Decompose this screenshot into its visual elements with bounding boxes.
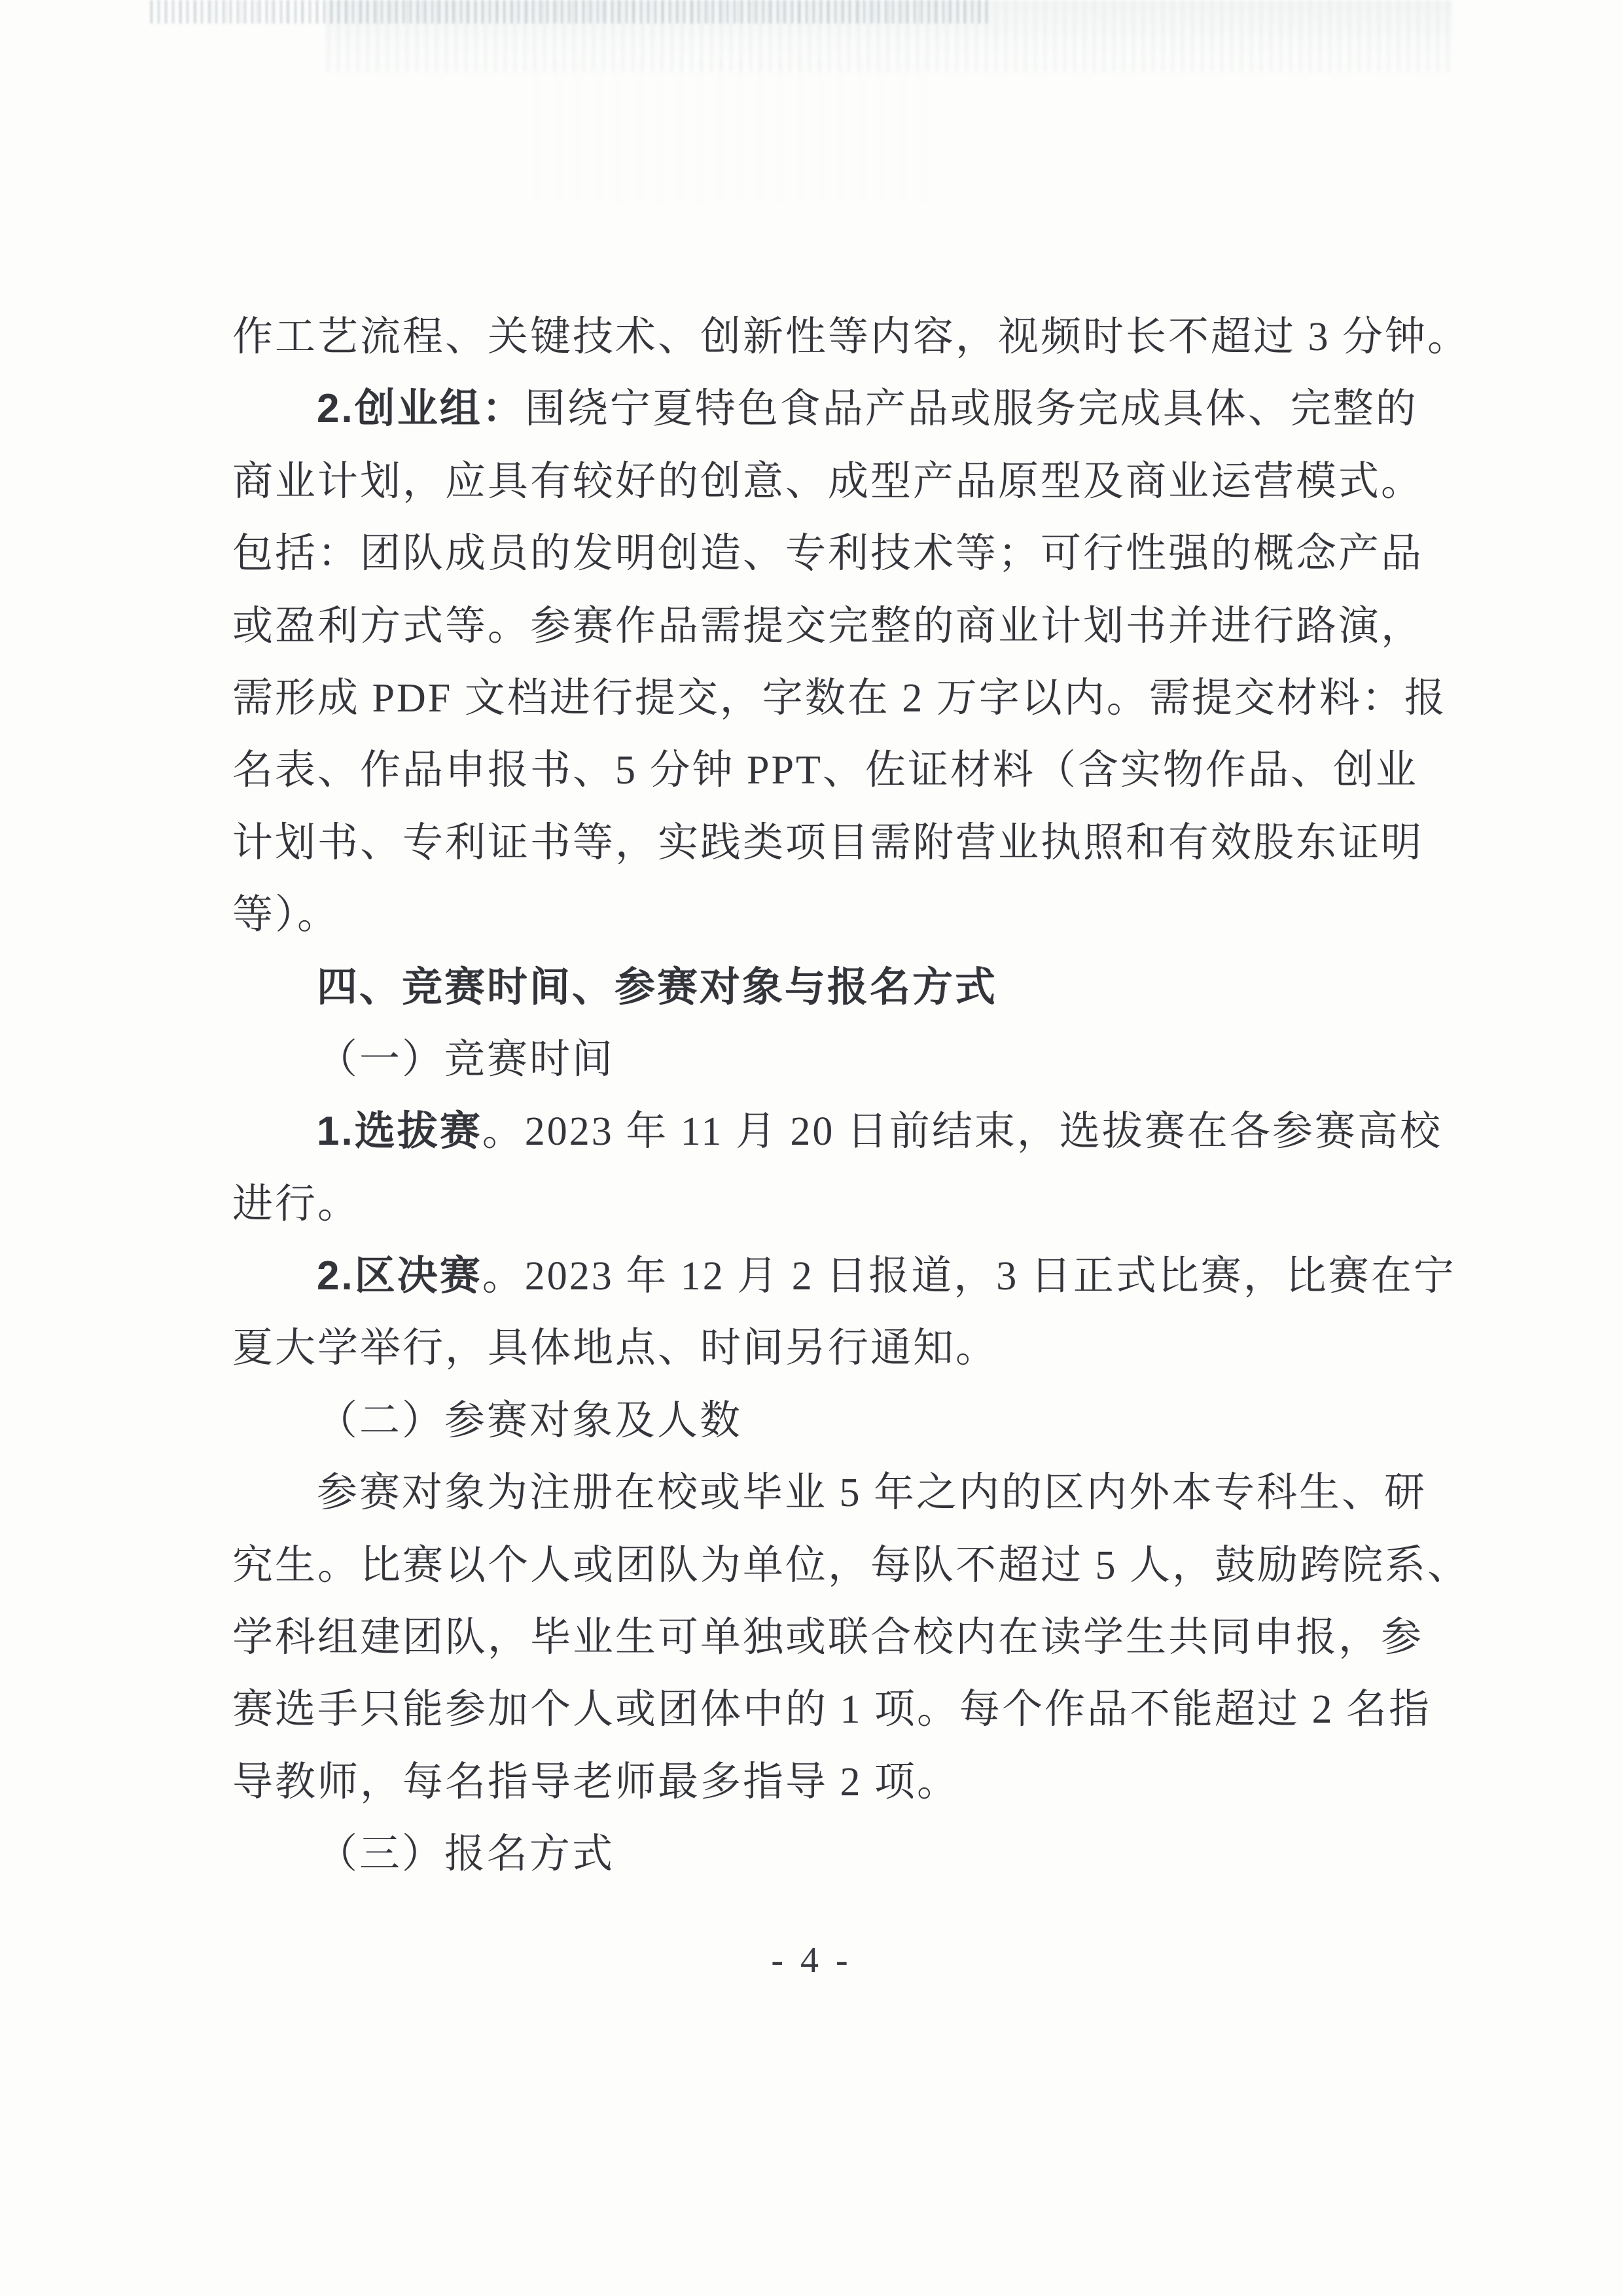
text-line: 商业计划，应具有较好的创意、成型产品原型及商业运营模式。 [232,446,1410,518]
text-run: 计划书、专利证书等，实践类项目需附营业执照和有效股东证明 [232,821,1423,865]
text-run: 或盈利方式等。参赛作品需提交完整的商业计划书并进行路演， [232,604,1423,649]
text-line: 或盈利方式等。参赛作品需提交完整的商业计划书并进行路演， [232,590,1410,662]
text-run: 。2023 年 11 月 20 日前结束，选拔赛在各参赛高校 [482,1109,1442,1154]
text-line: 学科组建团队，毕业生可单独或联合校内在读学生共同申报，参 [232,1602,1410,1674]
subsection-heading: （三）报名方式 [232,1818,1410,1890]
text-line: 赛选手只能参加个人或团体中的 1 项。每个作品不能超过 2 名指 [232,1674,1410,1746]
text-line: 名表、作品申报书、5 分钟 PPT、佐证材料（含实物作品、创业 [232,734,1410,806]
text-run: 进行。 [232,1182,360,1227]
text-line: 作工艺流程、关键技术、创新性等内容，视频时长不超过 3 分钟。 [232,301,1410,373]
text-line: 进行。 [232,1168,1410,1240]
text-run: 参赛对象为注册在校或毕业 5 年之内的区内外本专科生、研 [317,1471,1427,1515]
text-line: 需形成 PDF 文档进行提交，字数在 2 万字以内。需提交材料：报 [232,662,1410,734]
text-run: 2.区决赛 [317,1253,482,1299]
text-run: 商业计划，应具有较好的创意、成型产品原型及商业运营模式。 [232,459,1423,504]
text-line: 等）。 [232,879,1410,951]
text-line: 2.区决赛。2023 年 12 月 2 日报道，3 日正式比赛，比赛在宁 [232,1240,1410,1312]
text-run: 2.创业组： [317,386,525,431]
section-heading: 四、竞赛时间、参赛对象与报名方式 [232,952,1410,1024]
text-line: 究生。比赛以个人或团队为单位，每队不超过 5 人，鼓励跨院系、 [232,1530,1410,1602]
text-run: 赛选手只能参加个人或团体中的 1 项。每个作品不能超过 2 名指 [232,1687,1431,1732]
text-run: 名表、作品申报书、5 分钟 PPT、佐证材料（含实物作品、创业 [232,748,1418,793]
text-run: 学科组建团队，毕业生可单独或联合校内在读学生共同申报，参 [232,1615,1423,1660]
text-run: 包括：团队成员的发明创造、专利技术等；可行性强的概念产品 [232,531,1423,576]
text-line: 计划书、专利证书等，实践类项目需附营业执照和有效股东证明 [232,807,1410,879]
page-number: - 4 - [0,1931,1623,1990]
text-line: 导教师，每名指导老师最多指导 2 项。 [232,1746,1410,1818]
text-line: 包括：团队成员的发明创造、专利技术等；可行性强的概念产品 [232,518,1410,590]
text-run: 夏大学举行，具体地点、时间另行通知。 [232,1326,998,1371]
document-page: 作工艺流程、关键技术、创新性等内容，视频时长不超过 3 分钟。2.创业组：围绕宁… [0,0,1623,2296]
text-run: （三）报名方式 [317,1832,615,1876]
text-line: 夏大学举行，具体地点、时间另行通知。 [232,1312,1410,1384]
text-line: 1.选拔赛。2023 年 11 月 20 日前结束，选拔赛在各参赛高校 [232,1096,1410,1168]
text-run: 作工艺流程、关键技术、创新性等内容，视频时长不超过 3 分钟。 [232,315,1470,359]
text-run: 导教师，每名指导老师最多指导 2 项。 [232,1760,959,1804]
text-run: （二）参赛对象及人数 [317,1399,742,1443]
document-body-text: 作工艺流程、关键技术、创新性等内容，视频时长不超过 3 分钟。2.创业组：围绕宁… [232,301,1410,1891]
scan-noise-streaks [537,59,942,203]
text-run: 1.选拔赛 [317,1109,482,1154]
subsection-heading: （一）竞赛时间 [232,1024,1410,1096]
text-line: 参赛对象为注册在校或毕业 5 年之内的区内外本专科生、研 [232,1457,1410,1529]
scan-noise-top [151,0,988,24]
text-run: 四、竞赛时间、参赛对象与报名方式 [317,965,997,1010]
text-run: 需形成 PDF 文档进行提交，字数在 2 万字以内。需提交材料：报 [232,676,1447,721]
text-line: 2.创业组：围绕宁夏特色食品产品或服务完成具体、完整的 [232,373,1410,445]
text-run: 围绕宁夏特色食品产品或服务完成具体、完整的 [525,387,1418,431]
text-run: 等）。 [232,893,340,937]
text-run: 。2023 年 12 月 2 日报道，3 日正式比赛，比赛在宁 [482,1254,1456,1299]
text-run: 究生。比赛以个人或团队为单位，每队不超过 5 人，鼓励跨院系、 [232,1543,1470,1588]
text-run: （一）竞赛时间 [317,1037,615,1082]
subsection-heading: （二）参赛对象及人数 [232,1385,1410,1457]
scan-noise-top-diffuse [327,0,1453,72]
